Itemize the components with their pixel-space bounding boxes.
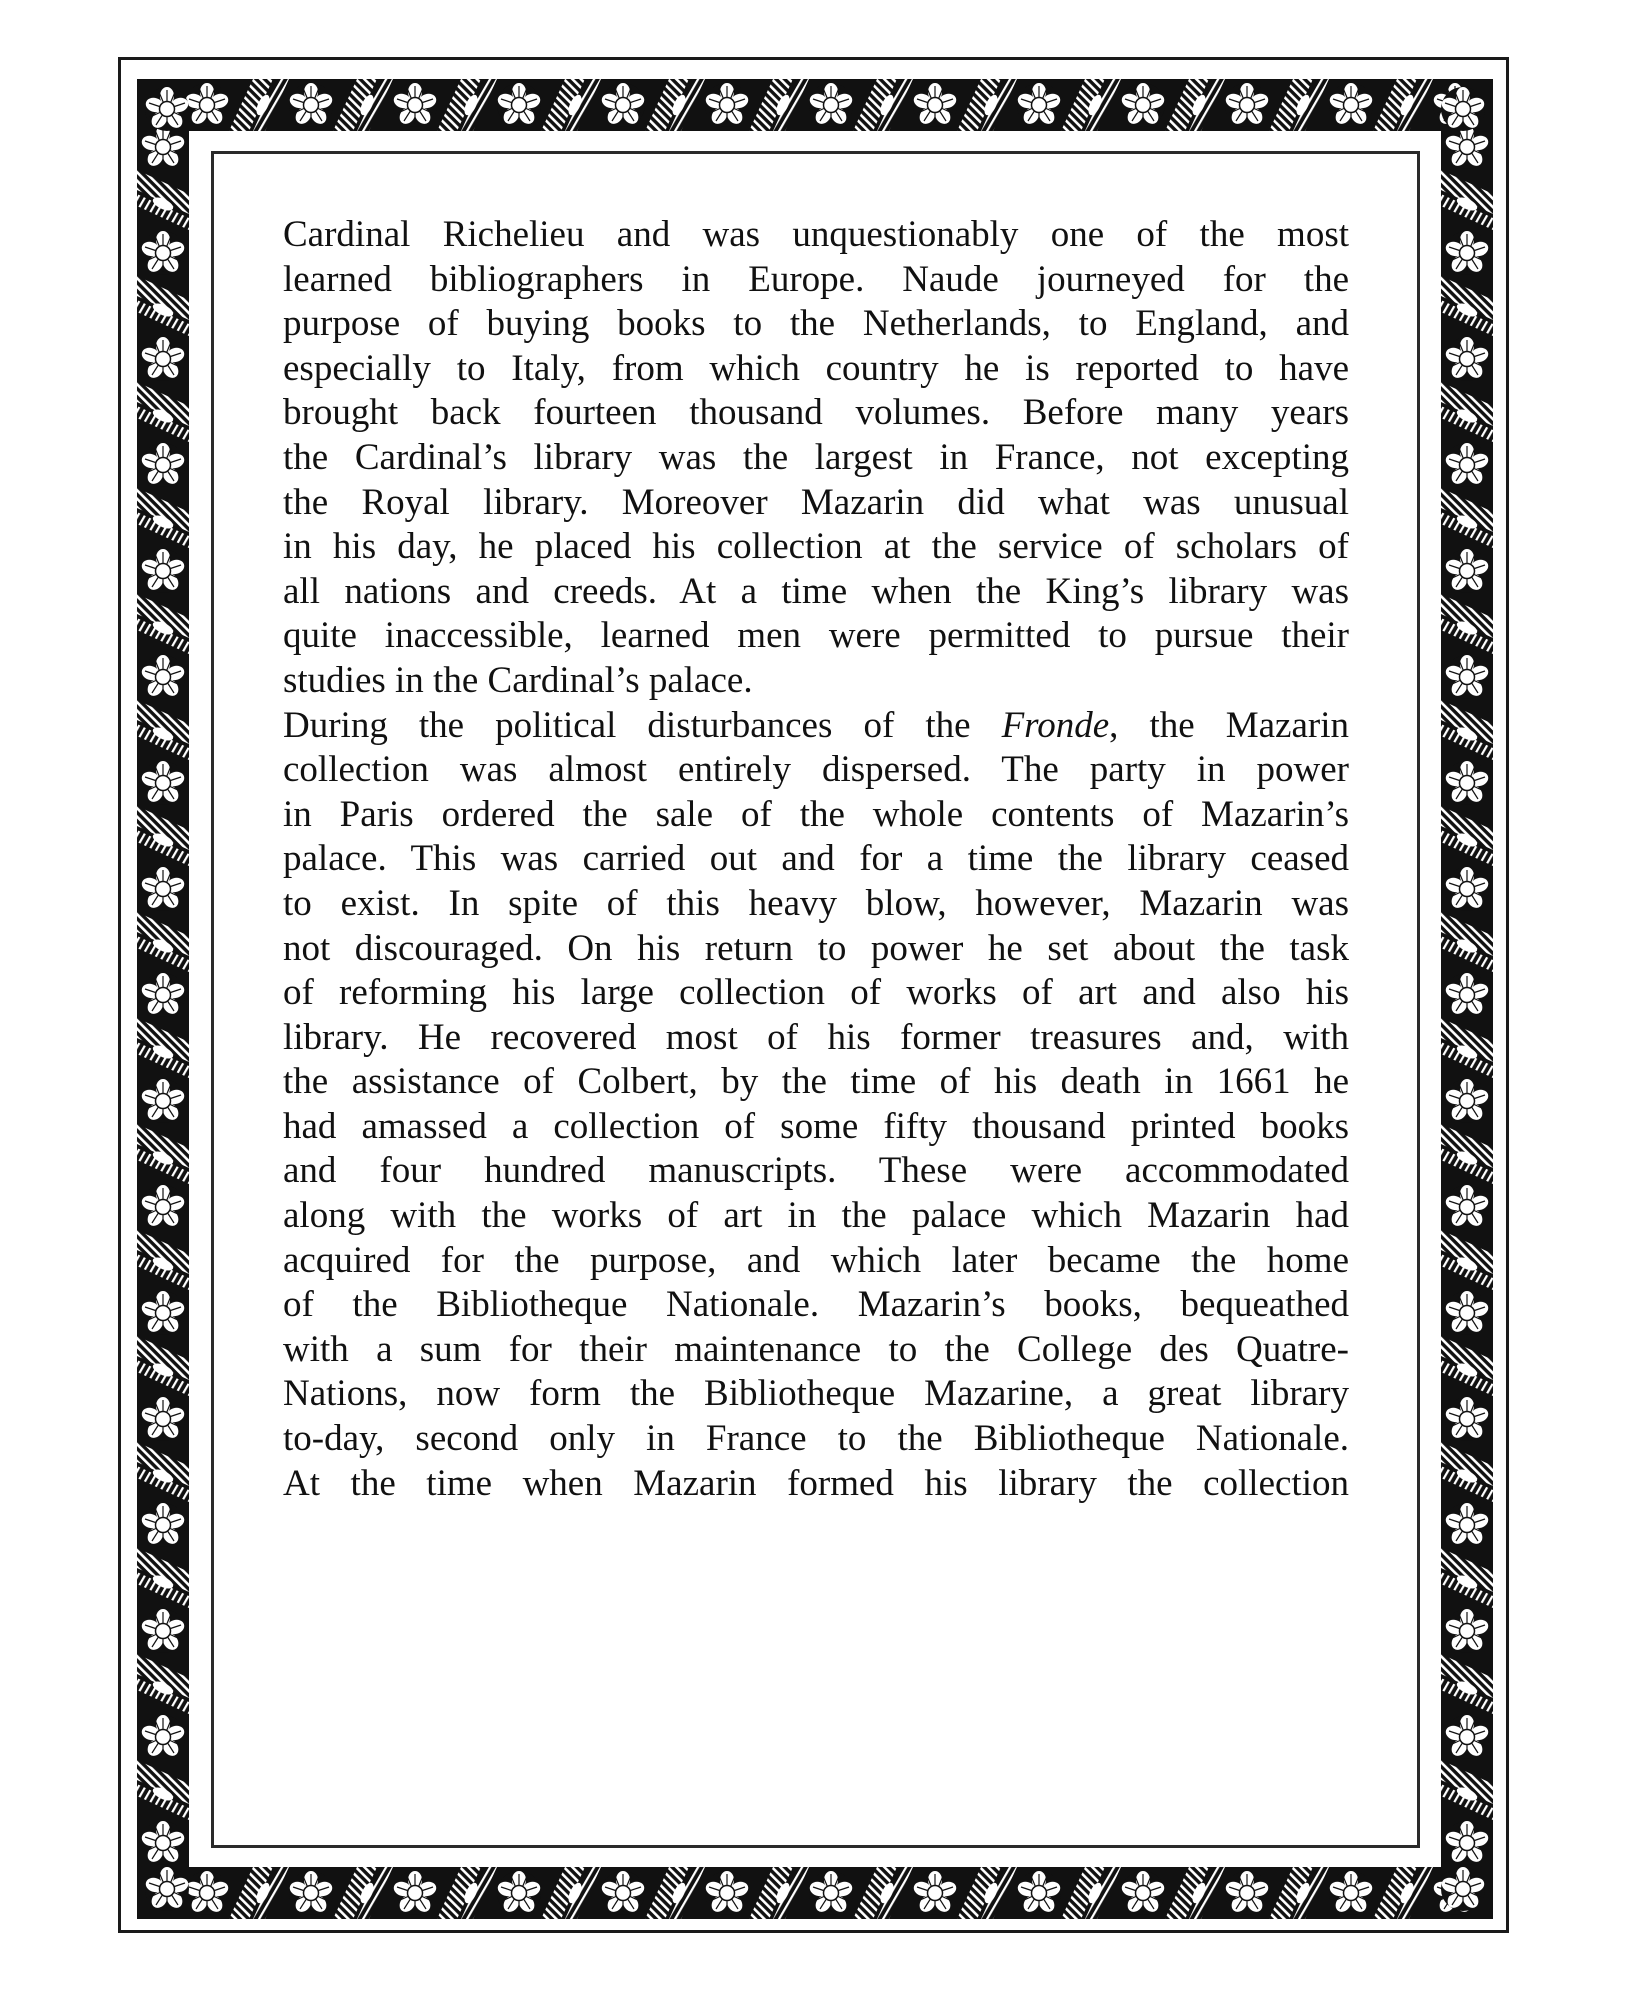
text-line: with a sum for their maintenance to the …	[283, 1328, 1349, 1373]
text-segment: the Royal library. Moreover Mazarin did …	[283, 482, 1349, 523]
text-segment: , the Mazarin	[1109, 705, 1349, 746]
text-line: the assistance of Colbert, by the time o…	[283, 1060, 1349, 1105]
text-segment: At the time when Mazarin formed his libr…	[283, 1463, 1349, 1504]
text-line: purpose of buying books to the Netherlan…	[283, 302, 1349, 347]
text-segment: with a sum for their maintenance to the …	[283, 1329, 1349, 1370]
text-segment: and four hundred manuscripts. These were…	[283, 1150, 1349, 1191]
text-line: to-day, second only in France to the Bib…	[283, 1417, 1349, 1462]
text-segment: purpose of buying books to the Netherlan…	[283, 303, 1349, 344]
text-line: the Royal library. Moreover Mazarin did …	[283, 481, 1349, 526]
text-line: brought back fourteen thousand volumes. …	[283, 391, 1349, 436]
text-segment: Cardinal Richelieu and was unquestionabl…	[283, 214, 1349, 255]
text-segment: quite inaccessible, learned men were per…	[283, 615, 1349, 656]
italic-term: Fronde	[1002, 705, 1110, 746]
text-segment: palace. This was carried out and for a t…	[283, 838, 1349, 879]
text-line: learned bibliographers in Europe. Naude …	[283, 258, 1349, 303]
text-line: quite inaccessible, learned men were per…	[283, 614, 1349, 659]
text-segment: collection was almost entirely dispersed…	[283, 749, 1349, 790]
text-segment: acquired for the purpose, and which late…	[283, 1240, 1349, 1281]
text-segment: in his day, he placed his collection at …	[283, 526, 1349, 567]
text-segment: the Cardinal’s library was the largest i…	[283, 437, 1349, 478]
text-segment: to-day, second only in France to the Bib…	[283, 1418, 1349, 1459]
text-segment: of the Bibliotheque Nationale. Mazarin’s…	[283, 1284, 1349, 1325]
text-segment: learned bibliographers in Europe. Naude …	[283, 259, 1349, 300]
text-segment: all nations and creeds. At a time when t…	[283, 571, 1349, 612]
text-line: to exist. In spite of this heavy blow, h…	[283, 882, 1349, 927]
text-segment: in Paris ordered the sale of the whole c…	[283, 794, 1349, 835]
text-segment: library. He recovered most of his former…	[283, 1017, 1349, 1058]
text-line: of the Bibliotheque Nationale. Mazarin’s…	[283, 1283, 1349, 1328]
text-segment: the assistance of Colbert, by the time o…	[283, 1061, 1349, 1102]
text-line: library. He recovered most of his former…	[283, 1016, 1349, 1061]
text-line: of reforming his large collection of wor…	[283, 971, 1349, 1016]
text-segment: Nations, now form the Bibliotheque Mazar…	[283, 1373, 1349, 1414]
text-line: Cardinal Richelieu and was unquestionabl…	[283, 213, 1349, 258]
text-line: had amassed a collection of some fifty t…	[283, 1105, 1349, 1150]
text-segment: especially to Italy, from which country …	[283, 348, 1349, 389]
text-line: Nations, now form the Bibliotheque Mazar…	[283, 1372, 1349, 1417]
text-segment: brought back fourteen thousand volumes. …	[283, 392, 1349, 433]
text-line: in Paris ordered the sale of the whole c…	[283, 793, 1349, 838]
text-line: acquired for the purpose, and which late…	[283, 1239, 1349, 1284]
text-line: and four hundred manuscripts. These were…	[283, 1149, 1349, 1194]
text-line: palace. This was carried out and for a t…	[283, 837, 1349, 882]
text-segment: to exist. In spite of this heavy blow, h…	[283, 883, 1349, 924]
text-line: the Cardinal’s library was the largest i…	[283, 436, 1349, 481]
text-line: especially to Italy, from which country …	[283, 347, 1349, 392]
text-line: not discouraged. On his return to power …	[283, 927, 1349, 972]
text-line: studies in the Cardinal’s palace.	[283, 659, 1349, 704]
text-segment: along with the works of art in the palac…	[283, 1195, 1349, 1236]
text-segment: of reforming his large collection of wor…	[283, 972, 1349, 1013]
text-line: collection was almost entirely dispersed…	[283, 748, 1349, 793]
text-line: At the time when Mazarin formed his libr…	[283, 1462, 1349, 1507]
text-segment: During the political disturbances of the	[283, 705, 1002, 746]
page-body-text: Cardinal Richelieu and was unquestionabl…	[283, 213, 1349, 1506]
text-line: During the political disturbances of the…	[283, 704, 1349, 749]
text-segment: had amassed a collection of some fifty t…	[283, 1106, 1349, 1147]
text-segment: not discouraged. On his return to power …	[283, 928, 1349, 969]
text-line: along with the works of art in the palac…	[283, 1194, 1349, 1239]
text-line: in his day, he placed his collection at …	[283, 525, 1349, 570]
text-segment: studies in the Cardinal’s palace.	[283, 660, 753, 701]
text-line: all nations and creeds. At a time when t…	[283, 570, 1349, 615]
